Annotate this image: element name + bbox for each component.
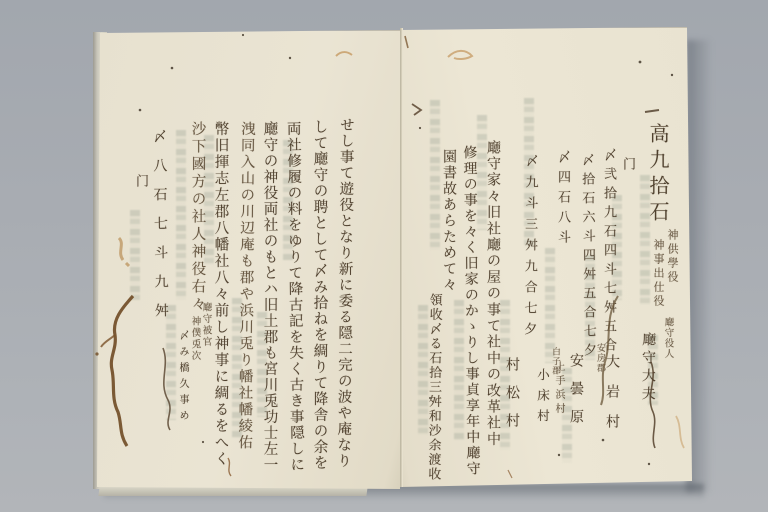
text-column: 廰守家々旧社廰の屋の事て社中の改革社中 — [486, 140, 500, 448]
village-name: 小床村 — [536, 368, 549, 430]
text-column: 領收〆る石拾三舛和沙余渡收 — [426, 293, 441, 482]
text-column: 園書故あらためて々 — [442, 149, 456, 293]
attribution-column: 神僕兎次 — [190, 316, 200, 362]
village-name: 大岩村 — [605, 354, 619, 444]
ditto-mark: 门 — [134, 174, 147, 187]
bleedthrough-column — [176, 130, 186, 300]
officer-name-column: 廰守大夫 — [641, 332, 656, 404]
heading-column: 高九拾石 — [648, 123, 668, 227]
page-gutter — [400, 28, 403, 487]
bleedthrough-column — [545, 248, 555, 363]
attribution-column: 〆み橋久事め — [177, 330, 187, 426]
ditto-mark: 门 — [621, 157, 634, 170]
text-column: 沙下國方の社人神役右々 — [190, 121, 205, 314]
quantity-column: 〆拾石六斗四舛五合七夕 — [580, 153, 595, 362]
left-page: せし事て遊役となり新に委る隠二完の波や庵なり して廰守の聘として〆み拾ねを綢りて… — [97, 30, 400, 489]
text-column: 廰守の神役両社のもとハ旧土郡も宮川兎功士左一 — [262, 121, 277, 473]
bleedthrough-column — [130, 210, 140, 300]
manuscript-photo: せし事て遊役となり新に委る隠二完の波や庵なり して廰守の聘として〆み拾ねを綢りて… — [0, 0, 768, 512]
text-column: して廰守の聘として〆み拾ねを綢りて降舎の余を — [312, 119, 327, 471]
quantity-column: 〆四石八斗 — [556, 150, 569, 250]
district-label: 安房郡 — [595, 343, 604, 373]
text-column: 修理の事を々く旧家のかゝりし事貞享年中廰守 — [462, 145, 479, 477]
village-name: 村松村 — [505, 357, 519, 441]
quantity-column: 〆弐拾九石四斗七舛五合 — [602, 148, 615, 357]
right-page: 高九拾石 神供學役 神事出仕役 廰守役人 廰守大夫 门 〆弐拾九石四斗七舛五合 … — [400, 27, 692, 487]
bleedthrough-column — [430, 100, 440, 250]
note-column: 神供學役 — [667, 229, 678, 285]
text-column: せし事て遊役となり新に委る隠二完の波や庵なり — [335, 117, 353, 469]
text-column: 幣旧揮志左郡八幡社八々前し神事に綢るをへく — [213, 121, 228, 468]
text-column: 洩同入山の川辺庵も郡や浜川兎り幡社幡綾佑 — [237, 121, 254, 451]
officer-title-column: 廰守役人 — [663, 317, 673, 359]
attribution-column: 廰守被官 — [201, 302, 211, 348]
village-name: 上手浜村 — [553, 361, 563, 417]
quantity-column: 〆九斗三舛九合七夕 — [522, 154, 537, 343]
village-name: 安曇原 — [569, 353, 583, 437]
note-column: 神事出仕役 — [653, 239, 664, 309]
sum-line-column: 〆八石七斗九舛 — [152, 129, 168, 332]
text-column: 両社修履の料をゆりて降古記を失く古き事隠しに — [285, 121, 303, 473]
